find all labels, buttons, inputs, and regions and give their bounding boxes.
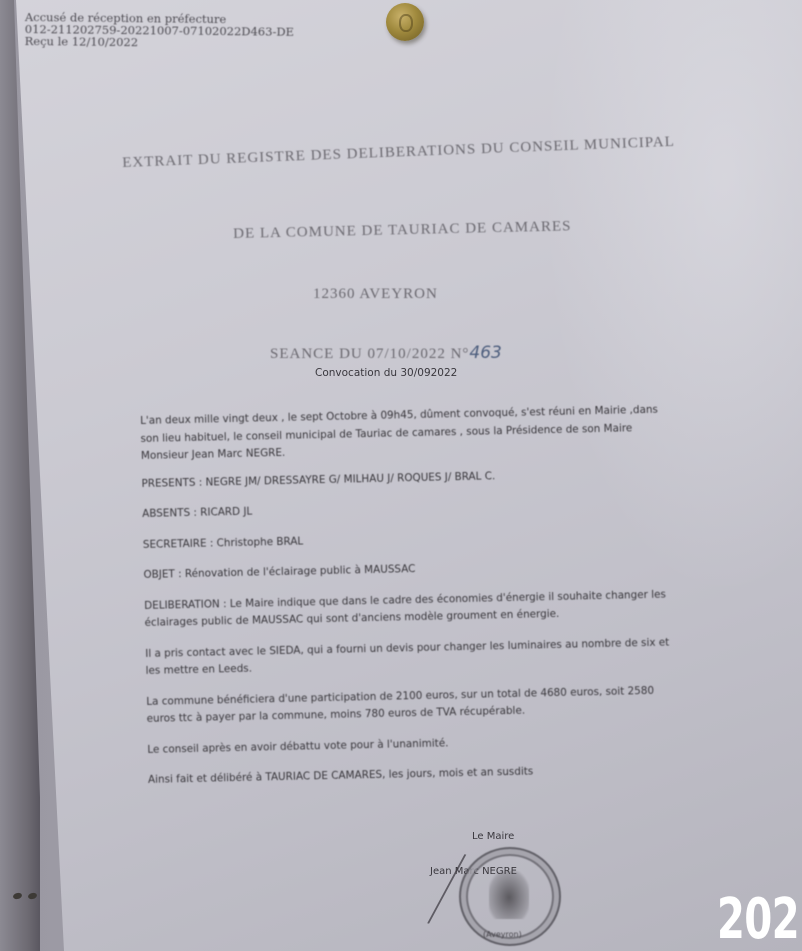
vote-paragraph: Le conseil après en avoir débattu vote p…	[147, 728, 747, 759]
sieda-paragraph: Il a pris contact avec le SIEDA, qui a f…	[145, 632, 746, 680]
prefecture-receipt-stamp: Accusé de réception en préfecture 012-21…	[25, 11, 295, 50]
postal-code-department: 12360 AVEYRON	[313, 286, 438, 303]
session-heading: SEANCE DU 07/10/2022 N°463	[270, 343, 502, 363]
secretary-text: SECRETAIRE : Christophe BRAL	[143, 523, 743, 554]
session-date: SEANCE DU 07/10/2022 N°	[270, 346, 469, 362]
mark-icon	[27, 892, 37, 900]
signatory-title: Le Maire	[472, 831, 514, 842]
deliberation-body: L'an deux mille vingt deux , le sept Oct…	[140, 400, 748, 802]
closing-paragraph: Ainsi fait et délibéré à TAURIAC DE CAMA…	[148, 759, 748, 790]
pushpin-icon	[386, 3, 424, 41]
closing-text: Ainsi fait et délibéré à TAURIAC DE CAMA…	[148, 759, 748, 790]
wall-marks	[13, 884, 43, 903]
secretary: SECRETAIRE : Christophe BRAL	[143, 523, 743, 554]
vote-text: Le conseil après en avoir débattu vote p…	[147, 728, 747, 759]
subject-text: OBJET : Rénovation de l'éclairage public…	[143, 554, 743, 585]
presents-text: PRESENTS : NEGRE JM/ DRESSAYRE G/ MILHAU…	[141, 462, 741, 493]
mark-icon	[12, 892, 22, 900]
funding-paragraph: La commune bénéficiera d'une participati…	[146, 680, 747, 728]
absents-list: ABSENTS : RICARD JL	[142, 493, 742, 524]
subject: OBJET : Rénovation de l'éclairage public…	[143, 554, 743, 585]
convocation-date: Convocation du 30/092022	[315, 367, 457, 379]
presents-list: PRESENTS : NEGRE JM/ DRESSAYRE G/ MILHAU…	[141, 462, 741, 493]
deliberation-paragraph: DELIBERATION : Le Maire indique que dans…	[144, 584, 745, 632]
session-number-handwritten: 463	[469, 343, 501, 363]
absents-text: ABSENTS : RICARD JL	[142, 493, 742, 524]
overlay-number: 202	[717, 889, 799, 951]
